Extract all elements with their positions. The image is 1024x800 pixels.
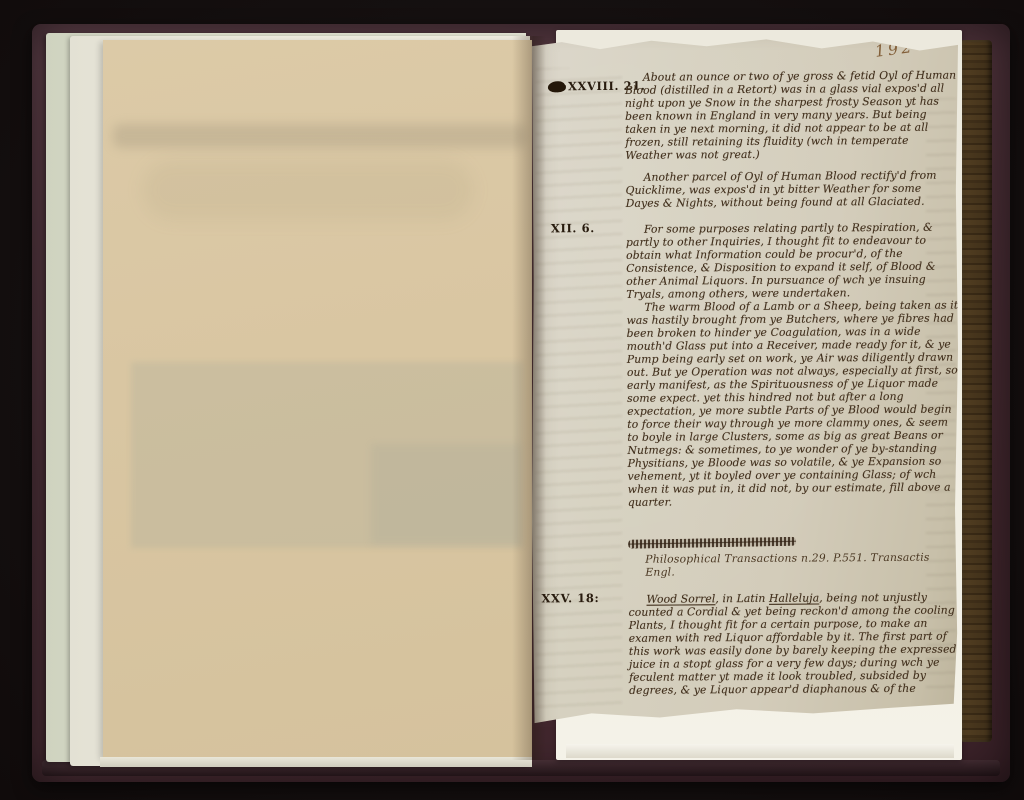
source-citation: Philosophical Transactions n.29. P.551. … (645, 551, 959, 579)
entry-3-paragraph-1: Wood Sorrel, in Latin Halleluja, being n… (628, 590, 967, 696)
page-stain-showthrough-2 (371, 444, 521, 544)
entry-1-paragraph-1: About an ounce or two of ye gross & feti… (625, 69, 958, 162)
underlined-term-wood-sorrel: Wood Sorrel (646, 592, 715, 605)
page-edge-sliver-left (100, 757, 532, 767)
fore-edge-page-stack (960, 40, 992, 742)
margin-label-entry-2: XII. 6. (551, 221, 595, 235)
manuscript-recto-page: 192~ XXVIII. 21. About an ounce or two o… (532, 38, 958, 730)
entry-3-text-segment-rest: , being not unjustly counted a Cordial &… (629, 591, 957, 697)
ink-blot (548, 81, 565, 92)
underlined-term-halleluja: Halleluja (769, 591, 819, 604)
entry-3-text-segment: , in Latin (715, 592, 769, 605)
entry-2-paragraph-1: For some purposes relating partly to Res… (626, 221, 959, 301)
page-stain-soft (143, 160, 473, 220)
margin-label-entry-3: XXV. 18: (541, 591, 599, 605)
entry-1-paragraph-2: Another parcel of Oyl of Human Blood rec… (626, 169, 958, 210)
page-stain-band (113, 124, 526, 148)
manuscript-text-layer: 192~ XXVIII. 21. About an ounce or two o… (530, 37, 961, 732)
blank-verso-page (103, 40, 532, 758)
entry-2-paragraph-2: The warm Blood of a Lamb or a Sheep, bei… (626, 299, 959, 509)
photograph-of-open-manuscript: 192~ XXVIII. 21. About an ounce or two o… (0, 0, 1024, 800)
scribbled-out-line (628, 537, 796, 549)
page-edge-sliver-right (566, 744, 954, 758)
